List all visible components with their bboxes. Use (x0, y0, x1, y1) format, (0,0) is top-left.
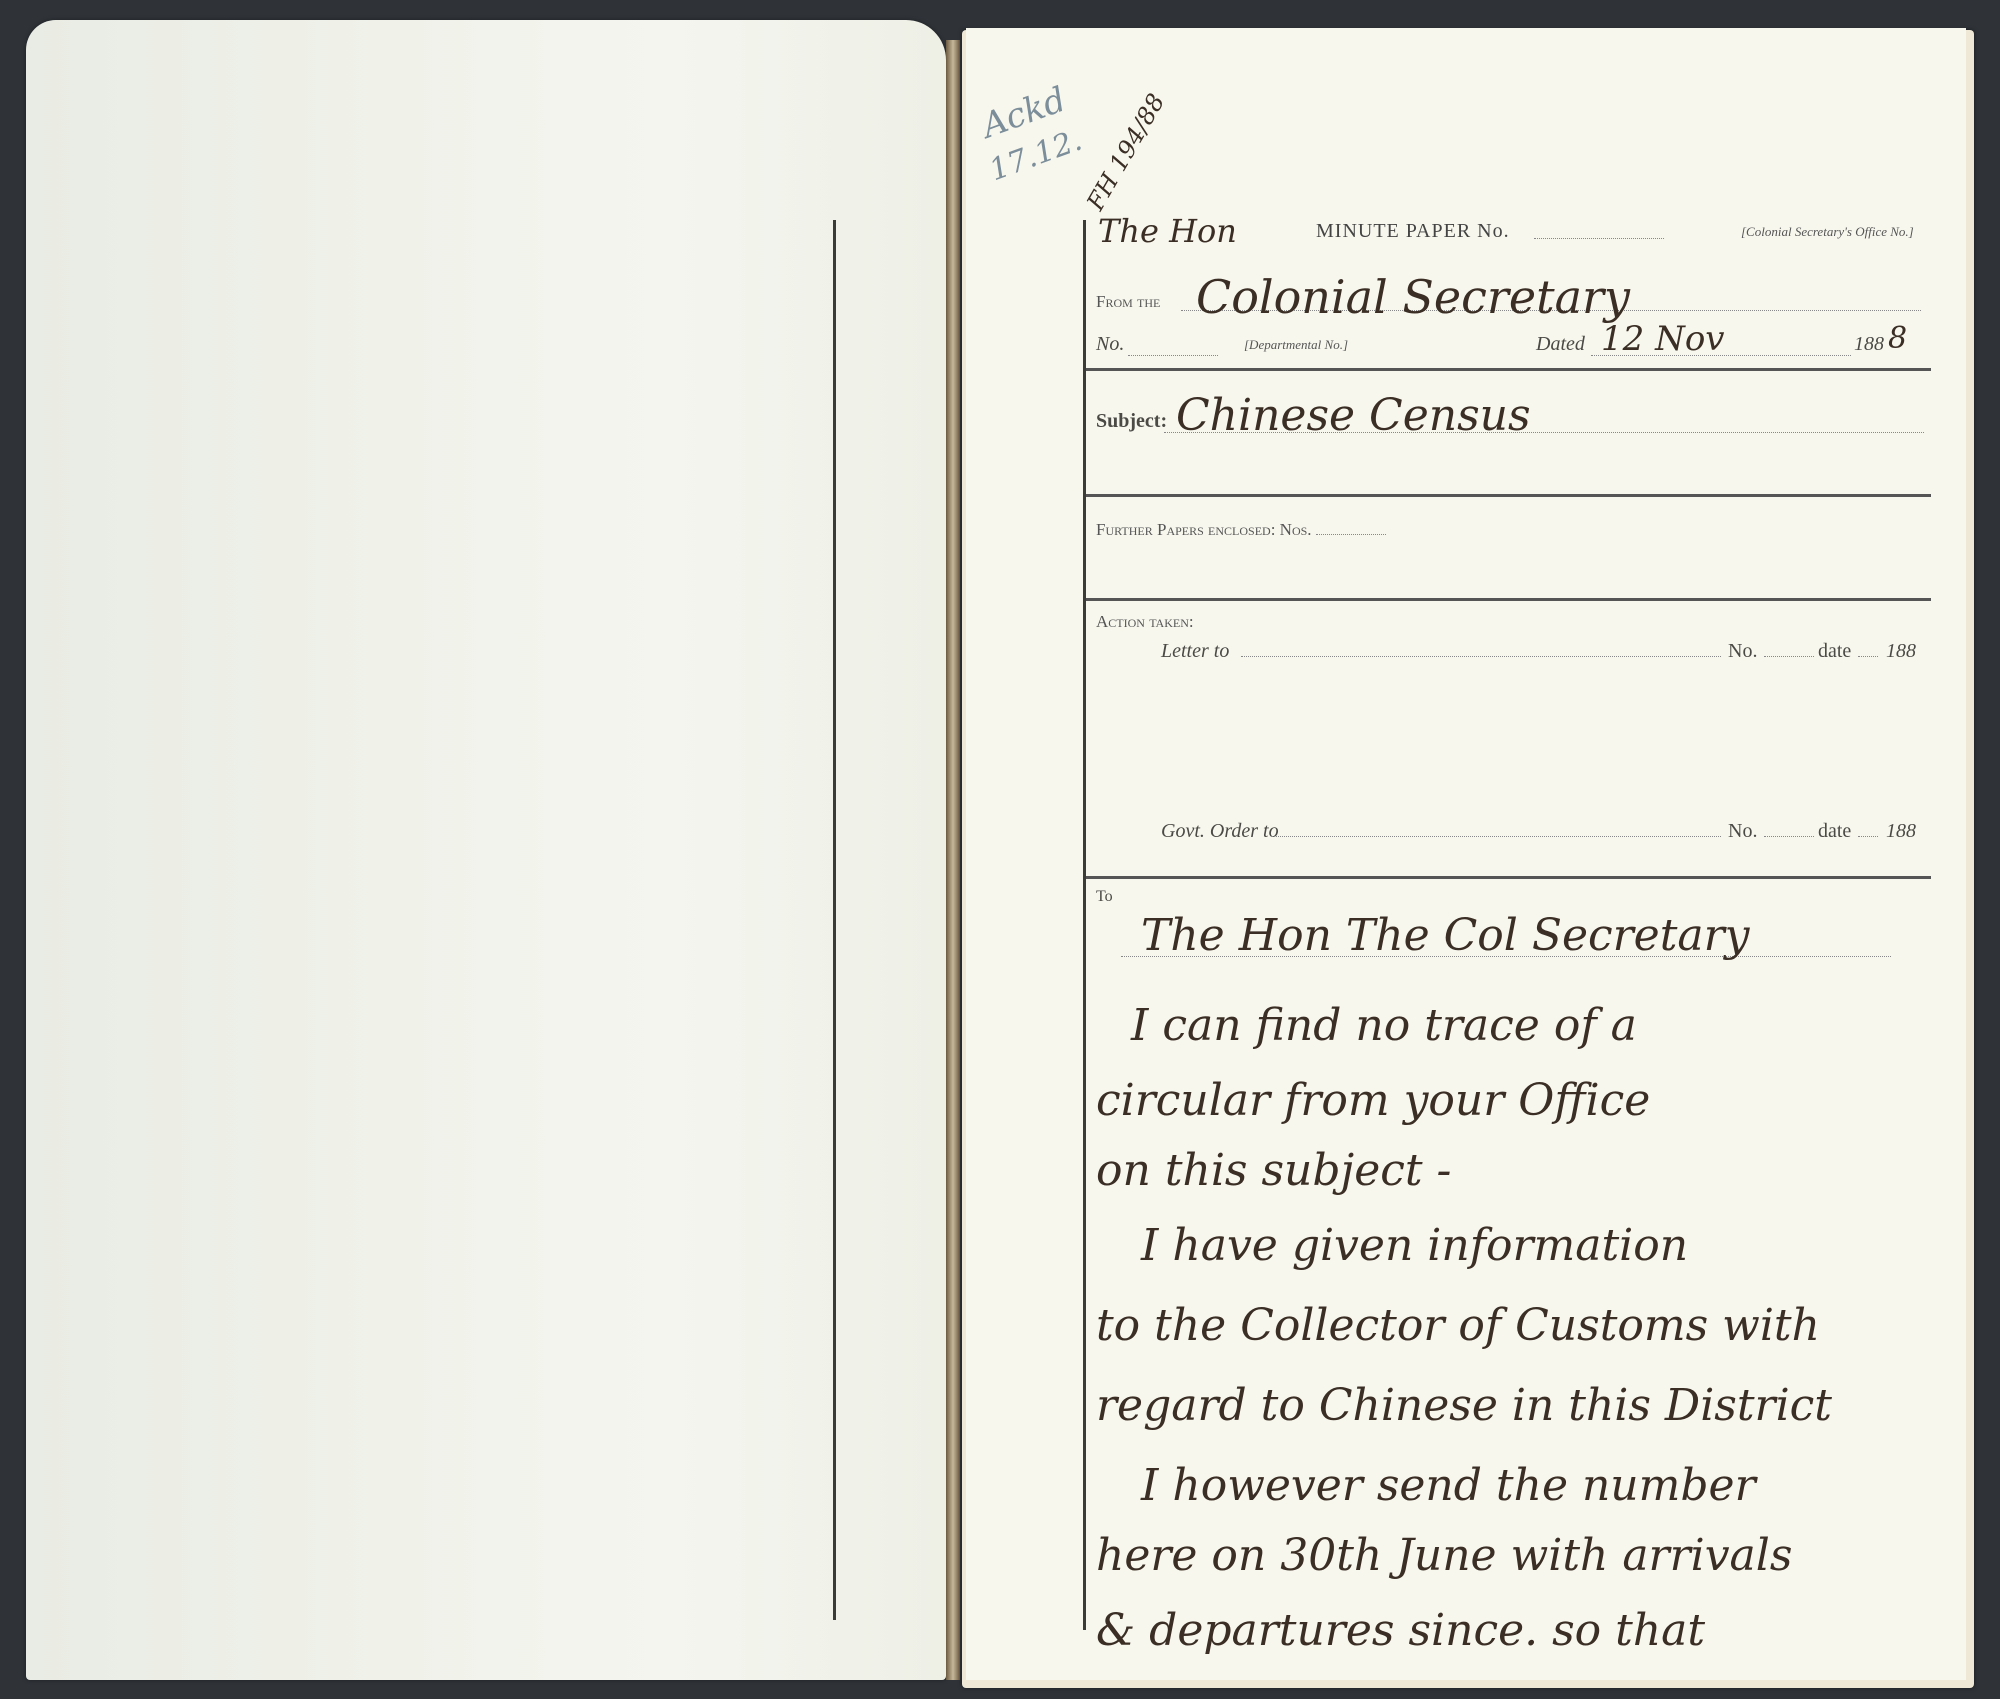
letter-line: to the Collector of Customs with (1096, 1300, 1820, 1351)
further-papers-field (1316, 534, 1386, 535)
govt-no-label: No. (1728, 820, 1757, 843)
from-value: Colonial Secretary (1196, 270, 1630, 324)
minute-paper-no-field (1534, 238, 1664, 239)
dated-value: 12 Nov (1601, 319, 1725, 359)
letter-line: regard to Chinese in this District (1096, 1380, 1832, 1431)
divider (1086, 368, 1931, 371)
letter-line: & departures since. so that (1096, 1605, 1705, 1656)
year-suffix: 8 (1888, 321, 1907, 356)
letter-line: here on 30th June with arrivals (1096, 1530, 1792, 1581)
divider (1086, 598, 1931, 601)
subject-value: Chinese Census (1176, 390, 1531, 441)
file-reference-annotation: FH 194/88 (1081, 89, 1170, 215)
letter-date-field (1858, 656, 1878, 657)
to-label: To (1096, 888, 1113, 905)
letter-to-field (1241, 656, 1721, 657)
form-title: MINUTE PAPER No. (1316, 220, 1510, 243)
letter-line: on this subject - (1096, 1145, 1451, 1196)
govt-year: 188 (1886, 820, 1916, 843)
letter-date-label: date (1818, 640, 1851, 663)
divider (1086, 494, 1931, 497)
office-no-label: [Colonial Secretary's Office No.] (1741, 224, 1914, 240)
letter-year: 188 (1886, 640, 1916, 663)
govt-order-field (1271, 836, 1721, 837)
letter-to-label: Letter to (1161, 640, 1229, 663)
minute-paper-form: The Hon MINUTE PAPER No. [Colonial Secre… (1083, 220, 1931, 1630)
letter-no-field (1764, 656, 1814, 657)
letter-line: I can find no trace of a (1131, 1000, 1637, 1051)
departmental-label: [Departmental No.] (1244, 337, 1348, 353)
govt-date-label: date (1818, 820, 1851, 843)
letter-line: I however send the number (1141, 1460, 1756, 1511)
govt-date-field (1858, 836, 1878, 837)
departmental-no-field (1128, 355, 1218, 356)
dated-label: Dated (1536, 333, 1585, 356)
letter-line: circular from your Office (1096, 1075, 1650, 1126)
left-page-blank (26, 20, 946, 1680)
year-prefix: 188 (1854, 333, 1884, 356)
from-prefix-handwritten: The Hon (1098, 212, 1237, 250)
further-papers-label: Further Papers enclosed: Nos. (1096, 520, 1312, 539)
letter-line: I have given information (1141, 1220, 1688, 1271)
subject-label: Subject: (1096, 410, 1167, 433)
book-spine (946, 40, 960, 1680)
govt-no-field (1764, 836, 1814, 837)
left-page-margin-rule (833, 220, 836, 1620)
action-taken-label: Action taken: (1096, 612, 1194, 631)
letter-addressee: The Hon The Col Secretary (1141, 910, 1750, 961)
letter-no-label: No. (1728, 640, 1757, 663)
from-label: From the (1096, 292, 1160, 312)
divider (1086, 876, 1931, 879)
govt-order-label: Govt. Order to (1161, 820, 1279, 843)
departmental-no-label: No. (1096, 333, 1124, 356)
